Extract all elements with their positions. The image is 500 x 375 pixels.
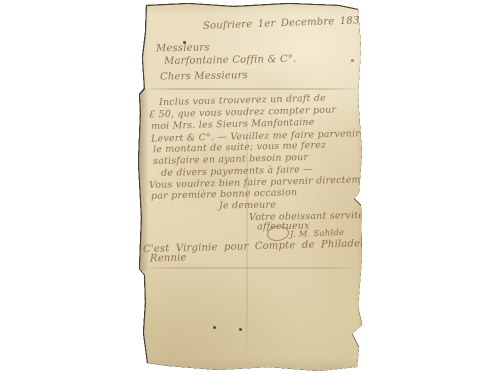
ink-speck [213,326,216,329]
salutation-line: Marfontaine Coffin & C°. [164,54,297,67]
ink-speck [351,59,354,62]
letter-paper-outline: Soufriere 1er Decembre 1831. Messieurs M… [139,3,365,372]
photo-background: Soufriere 1er Decembre 1831. Messieurs M… [0,0,500,375]
ink-speck [239,328,242,331]
crease-line [141,267,361,269]
closing-line: Je demeure [219,200,276,212]
postscript-line: Rennie [150,253,187,265]
letter-paper: Soufriere 1er Decembre 1831. Messieurs M… [139,3,365,372]
dateline: Soufriere 1er Decembre 1831. [203,15,370,32]
salutation-line: Chers Messieurs [160,70,248,83]
crease-line [141,88,361,90]
ink-speck [183,41,186,44]
salutation-line: Messieurs [156,43,210,55]
